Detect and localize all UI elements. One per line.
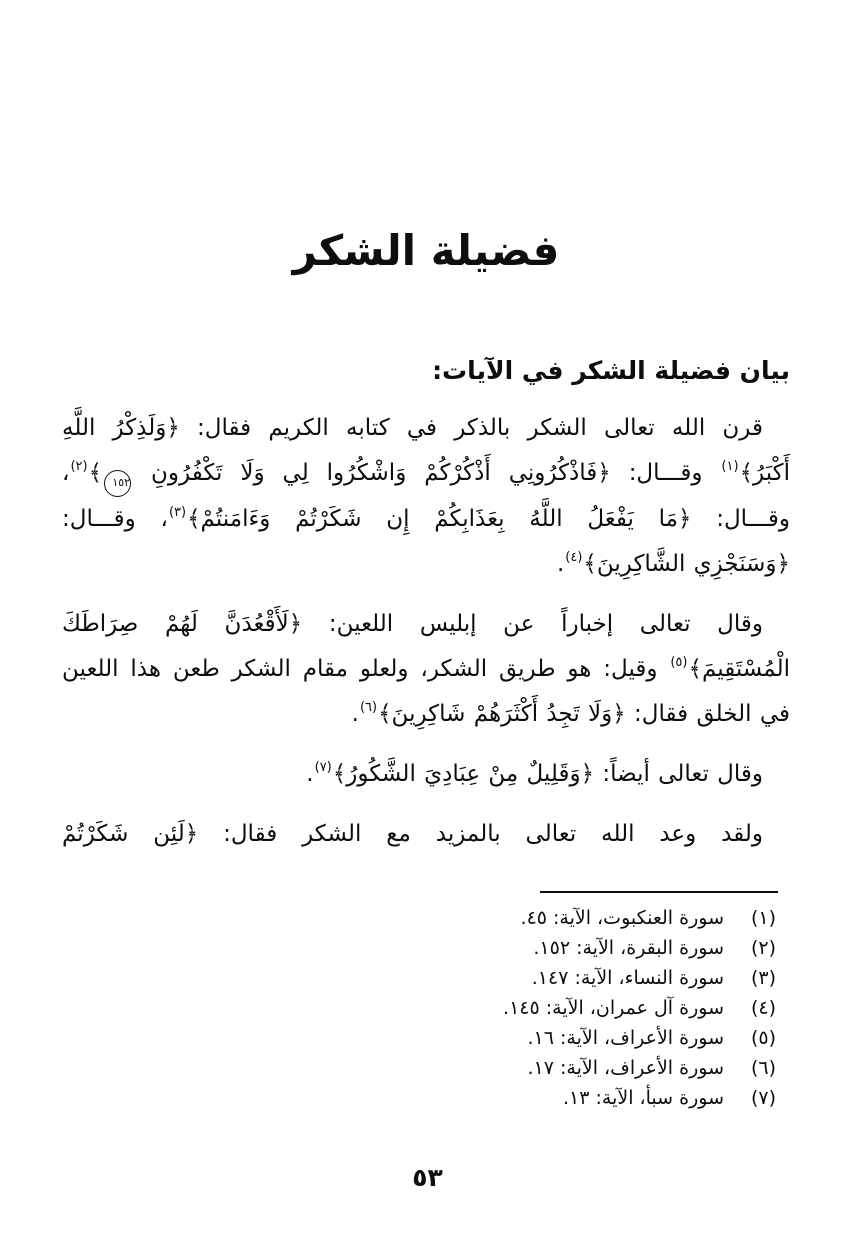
body-text-segment: وقـــال: bbox=[611, 460, 721, 486]
paragraph: وقال تعالى أيضاً: ﴿وَقَلِيلٌ مِنْ عِبَاد… bbox=[62, 752, 790, 797]
footnote-text: سورة آل عمران، الآية: ١٤٥. bbox=[503, 993, 724, 1023]
text-line: قرن الله تعالى الشكر بالذكر في كتابه الك… bbox=[62, 406, 790, 451]
body-text: قرن الله تعالى الشكر بالذكر في كتابه الك… bbox=[62, 406, 790, 857]
body-text-segment: . bbox=[352, 701, 359, 727]
footnote-ref: (٢) bbox=[70, 459, 87, 474]
quran-verse: ﴿وَلَا تَجِدُ أَكْثَرَهُمْ شَاكِرِينَ﴾ bbox=[378, 701, 626, 727]
footnote-text: سورة العنكبوت، الآية: ٤٥. bbox=[521, 903, 724, 933]
quran-verse: أَكْبَرُ﴾ bbox=[740, 460, 790, 486]
footnote-marker: (٢) bbox=[742, 933, 776, 963]
body-text-segment: وقال تعالى أيضاً: bbox=[594, 761, 763, 787]
footnote-item: (٣)سورة النساء، الآية: ١٤٧. bbox=[62, 963, 776, 993]
quran-verse: ﴿مَا يَفْعَلُ اللَّهُ بِعَذَابِكُمْ إِن … bbox=[187, 506, 691, 532]
footnote-item: (٤)سورة آل عمران، الآية: ١٤٥. bbox=[62, 993, 776, 1023]
text-line: ﴿وَسَنَجْزِي الشَّاكِرِينَ﴾(٤). bbox=[62, 542, 790, 587]
footnote-ref: (٧) bbox=[315, 760, 332, 775]
quran-verse: الْمُسْتَقِيمَ﴾ bbox=[688, 656, 790, 682]
footnote-ref: (١) bbox=[721, 459, 738, 474]
footnote-marker: (٧) bbox=[742, 1083, 776, 1113]
footnote-item: (٥)سورة الأعراف، الآية: ١٦. bbox=[62, 1023, 776, 1053]
text-line: ولقد وعد الله تعالى بالمزيد مع الشكر فقا… bbox=[62, 812, 790, 857]
footnote-marker: (٣) bbox=[742, 963, 776, 993]
paragraph: ولقد وعد الله تعالى بالمزيد مع الشكر فقا… bbox=[62, 812, 790, 857]
body-text-segment: ولقد وعد الله تعالى بالمزيد مع الشكر فقا… bbox=[198, 821, 763, 847]
book-page: فضيلة الشكر بيان فضيلة الشكر في الآيات: … bbox=[0, 0, 855, 1236]
text-line: وقال تعالى أيضاً: ﴿وَقَلِيلٌ مِنْ عِبَاد… bbox=[62, 752, 790, 797]
footnote-ref: (٤) bbox=[565, 550, 582, 565]
footnote-item: (٢)سورة البقرة، الآية: ١٥٢. bbox=[62, 933, 776, 963]
text-line: الْمُسْتَقِيمَ﴾(٥) وقيل: هو طريق الشكر، … bbox=[62, 647, 790, 692]
footnote-marker: (٤) bbox=[742, 993, 776, 1023]
body-text-segment: وقيل: هو طريق الشكر، ولعلو مقام الشكر طع… bbox=[62, 656, 669, 682]
text-column: فضيلة الشكر بيان فضيلة الشكر في الآيات: … bbox=[62, 0, 790, 1113]
section-heading: بيان فضيلة الشكر في الآيات: bbox=[62, 354, 790, 388]
quran-verse: ﴿لَئِن شَكَرْتُمْ bbox=[62, 821, 198, 847]
ayah-number-ornament: ١٥٢ bbox=[104, 470, 131, 497]
quran-verse: ﴿وَقَلِيلٌ مِنْ عِبَادِيَ الشَّكُورُ﴾ bbox=[333, 761, 594, 787]
page-number: ٥٣ bbox=[0, 1163, 855, 1192]
footnote-marker: (١) bbox=[742, 903, 776, 933]
footnote-text: سورة البقرة، الآية: ١٥٢. bbox=[533, 933, 724, 963]
footnote-marker: (٥) bbox=[742, 1023, 776, 1053]
body-text-segment: في الخلق فقال: bbox=[626, 701, 790, 727]
footnote-text: سورة سبأ، الآية: ١٣. bbox=[563, 1083, 724, 1113]
quran-verse: ﴿وَلَذِكْرُ اللَّهِ bbox=[62, 415, 180, 441]
body-text-segment: . bbox=[557, 551, 564, 577]
text-line: أَكْبَرُ﴾(١) وقـــال: ﴿فَاذْكُرُونِي أَذ… bbox=[62, 451, 790, 497]
quran-verse: ﴿لَأَقْعُدَنَّ لَهُمْ صِرَاطَكَ bbox=[62, 611, 302, 637]
footnote-item: (١)سورة العنكبوت، الآية: ٤٥. bbox=[62, 903, 776, 933]
page-title: فضيلة الشكر bbox=[62, 0, 790, 280]
body-text-segment: وقال تعالى إخباراً عن إبليس اللعين: bbox=[302, 611, 763, 637]
body-text-segment: . bbox=[306, 761, 313, 787]
paragraph: وقال تعالى إخباراً عن إبليس اللعين: ﴿لَأ… bbox=[62, 602, 790, 737]
footnote-ref: (٣) bbox=[169, 505, 186, 520]
paragraph: قرن الله تعالى الشكر بالذكر في كتابه الك… bbox=[62, 406, 790, 587]
body-text-segment: قرن الله تعالى الشكر بالذكر في كتابه الك… bbox=[180, 415, 763, 441]
quran-verse: ﴿فَاذْكُرُونِي أَذْكُرْكُمْ وَاشْكُرُوا … bbox=[133, 460, 611, 486]
footnote-marker: (٦) bbox=[742, 1053, 776, 1083]
footnote-text: سورة الأعراف، الآية: ١٦. bbox=[528, 1023, 725, 1053]
body-text-segment: وقـــال: bbox=[691, 506, 790, 532]
footnote-item: (٧)سورة سبأ، الآية: ١٣. bbox=[62, 1083, 776, 1113]
footnote-ref: (٦) bbox=[360, 700, 377, 715]
footnote-separator bbox=[540, 891, 778, 893]
footnote-item: (٦)سورة الأعراف، الآية: ١٧. bbox=[62, 1053, 776, 1083]
text-line: في الخلق فقال: ﴿وَلَا تَجِدُ أَكْثَرَهُم… bbox=[62, 692, 790, 737]
quran-verse: ﴾ bbox=[89, 460, 102, 486]
footnote-ref: (٥) bbox=[670, 655, 687, 670]
quran-verse: ﴿وَسَنَجْزِي الشَّاكِرِينَ﴾ bbox=[583, 551, 790, 577]
footnotes-section: (١)سورة العنكبوت، الآية: ٤٥.(٢)سورة البق… bbox=[62, 903, 790, 1113]
text-line: وقـــال: ﴿مَا يَفْعَلُ اللَّهُ بِعَذَابِ… bbox=[62, 497, 790, 542]
text-line: وقال تعالى إخباراً عن إبليس اللعين: ﴿لَأ… bbox=[62, 602, 790, 647]
body-text-segment: ، bbox=[62, 460, 69, 486]
footnote-text: سورة الأعراف، الآية: ١٧. bbox=[528, 1053, 725, 1083]
body-text-segment: ، وقـــال: bbox=[62, 506, 168, 532]
footnote-text: سورة النساء، الآية: ١٤٧. bbox=[532, 963, 724, 993]
